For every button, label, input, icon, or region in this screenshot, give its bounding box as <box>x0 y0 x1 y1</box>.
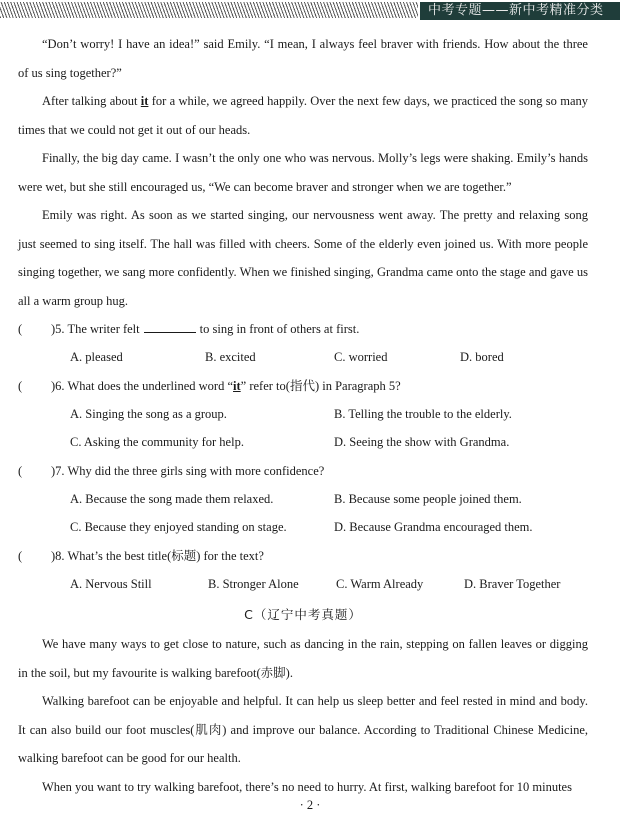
page-content: “Don’t worry! I have an idea!” said Emil… <box>18 30 588 801</box>
passage-b-paragraph-1: “Don’t worry! I have an idea!” said Emil… <box>18 30 588 87</box>
option-c[interactable]: C. Warm Already <box>336 570 423 599</box>
question-8: ()8. What’s the best title(标题) for the t… <box>18 542 588 570</box>
passage-b-paragraph-4: Emily was right. As soon as we started s… <box>18 201 588 315</box>
page-number: · 2 · <box>0 798 620 813</box>
question-number: )7. <box>51 464 65 478</box>
option-c[interactable]: C. worried <box>334 343 387 372</box>
section-c-paragraph-1: We have many ways to get close to nature… <box>18 630 588 687</box>
option-b[interactable]: B. Stronger Alone <box>208 570 299 599</box>
option-d[interactable]: D. Braver Together <box>464 570 560 599</box>
paragraph-text: After talking about <box>42 94 141 108</box>
option-a[interactable]: A. Singing the song as a group. <box>70 400 227 429</box>
fill-blank <box>144 320 196 333</box>
option-b[interactable]: B. Telling the trouble to the elderly. <box>334 400 512 429</box>
section-c-title: C（辽宁中考真题） <box>18 600 588 630</box>
question-8-options: A. Nervous Still B. Stronger Alone C. Wa… <box>18 570 588 599</box>
option-d[interactable]: D. bored <box>460 343 504 372</box>
question-6-options-row-1: A. Singing the song as a group. B. Telli… <box>18 400 588 429</box>
hatch-decoration <box>0 2 418 18</box>
question-number: )8. <box>51 549 65 563</box>
option-a[interactable]: A. Nervous Still <box>70 570 152 599</box>
question-5: ()5. The writer feltto sing in front of … <box>18 315 588 343</box>
question-stem-rest: to sing in front of others at first. <box>200 322 360 336</box>
question-6: ()6. What does the underlined word “it” … <box>18 372 588 400</box>
question-number: )6. <box>51 379 65 393</box>
question-stem: What’s the best title(标题) for the text? <box>65 549 264 563</box>
question-7: ()7. Why did the three girls sing with m… <box>18 457 588 485</box>
question-stem-rest: ” refer to(指代) in Paragraph 5? <box>241 379 401 393</box>
question-6-options-row-2: C. Asking the community for help. D. See… <box>18 428 588 457</box>
option-d[interactable]: D. Seeing the show with Grandma. <box>334 428 509 457</box>
paragraph-text: “Don’t worry! I have an idea!” said Emil… <box>18 37 588 80</box>
option-a[interactable]: A. pleased <box>70 343 123 372</box>
answer-bracket[interactable]: ( <box>18 457 51 485</box>
section-c-paragraph-3: When you want to try walking barefoot, t… <box>18 773 588 802</box>
question-7-options-row-1: A. Because the song made them relaxed. B… <box>18 485 588 514</box>
answer-bracket[interactable]: ( <box>18 542 51 570</box>
option-b[interactable]: B. Because some people joined them. <box>334 485 522 514</box>
question-7-options-row-2: C. Because they enjoyed standing on stag… <box>18 513 588 542</box>
section-c-paragraph-2: Walking barefoot can be enjoyable and he… <box>18 687 588 773</box>
option-b[interactable]: B. excited <box>205 343 256 372</box>
paragraph-text: Finally, the big day came. I wasn’t the … <box>18 151 588 194</box>
paragraph-text: Emily was right. As soon as we started s… <box>18 208 588 308</box>
option-d[interactable]: D. Because Grandma encouraged them. <box>334 513 533 542</box>
question-number: )5. <box>51 322 65 336</box>
question-5-options: A. pleased B. excited C. worried D. bore… <box>18 343 588 372</box>
passage-b-paragraph-2: After talking about it for a while, we a… <box>18 87 588 144</box>
underlined-word: it <box>233 379 241 393</box>
answer-bracket[interactable]: ( <box>18 372 51 400</box>
option-a[interactable]: A. Because the song made them relaxed. <box>70 485 273 514</box>
option-c[interactable]: C. Because they enjoyed standing on stag… <box>70 513 287 542</box>
question-stem: Why did the three girls sing with more c… <box>65 464 325 478</box>
option-c[interactable]: C. Asking the community for help. <box>70 428 244 457</box>
answer-bracket[interactable]: ( <box>18 315 51 343</box>
question-stem: The writer felt <box>65 322 140 336</box>
header-banner: 中考专题——新中考精准分类 <box>420 2 620 20</box>
page-header: 中考专题——新中考精准分类 <box>0 0 620 22</box>
passage-b-paragraph-3: Finally, the big day came. I wasn’t the … <box>18 144 588 201</box>
question-stem: What does the underlined word “ <box>65 379 233 393</box>
